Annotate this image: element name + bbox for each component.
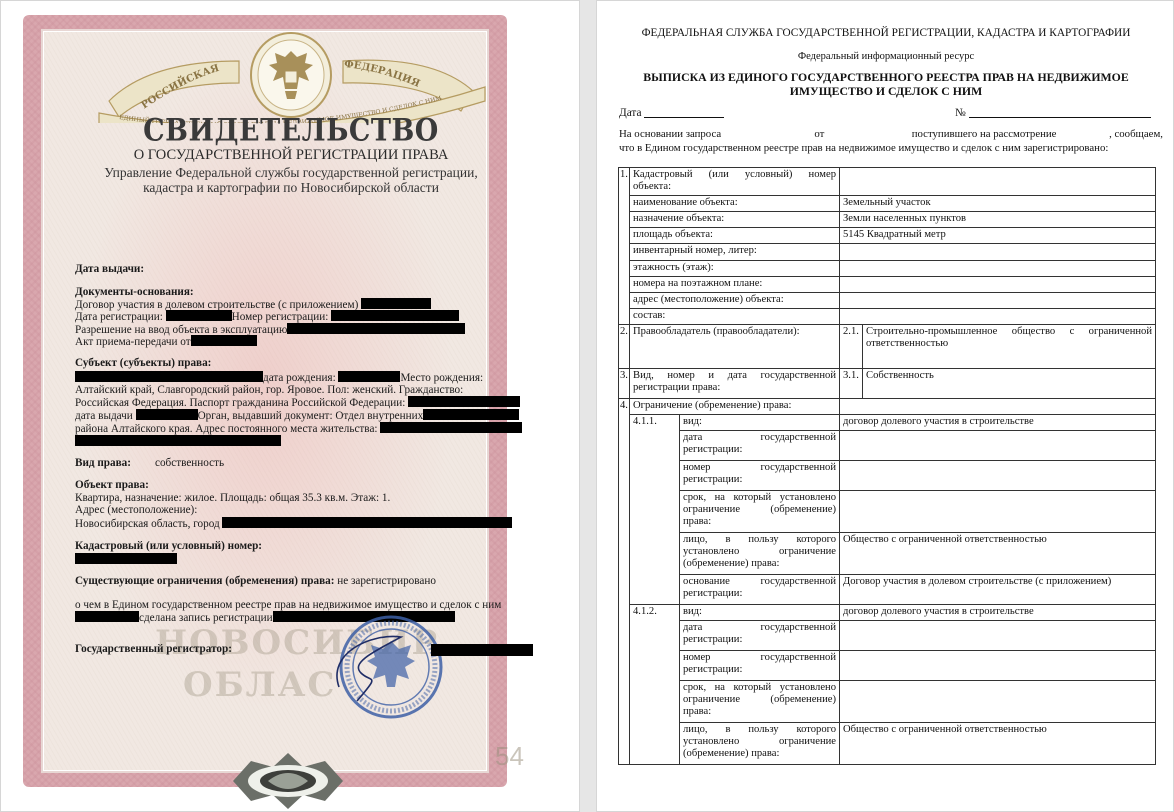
field-label: номера на поэтажном плане:: [630, 276, 840, 292]
field-value: Договор участия в долевом строительстве …: [840, 575, 1156, 605]
subject-line-5: района Алтайского края. Адрес постоянног…: [75, 422, 522, 435]
subject-line-3: Российская Федерация. Паспорт гражданина…: [75, 396, 520, 409]
field-value: Общество с ограниченной ответственностью: [840, 723, 1156, 765]
field-label: номер государственной регистрации:: [680, 651, 840, 681]
field-label: основание государственной регистрации:: [680, 575, 840, 605]
section-number: 4.: [619, 398, 630, 764]
field-value: [840, 244, 1156, 260]
extract-table: 1.Кадастровый (или условный) номер объек…: [618, 167, 1156, 765]
field-value: [840, 292, 1156, 308]
field-label: вид:: [680, 415, 840, 431]
field-value: 5145 Квадратный метр: [840, 228, 1156, 244]
field-label: дата государственной регистрации:: [680, 431, 840, 461]
table-row: срок, на который установлено ограничение…: [619, 681, 1156, 723]
transfer-act: Акт приема-передачи от: [75, 335, 257, 348]
field-label: вид:: [680, 605, 840, 621]
certificate-subtitle: О ГОСУДАРСТВЕННОЙ РЕГИСТРАЦИИ ПРАВА: [1, 147, 581, 164]
field-value: [840, 276, 1156, 292]
object-line-1: Квартира, назначение: жилое. Площадь: об…: [75, 492, 390, 504]
table-row: лицо, в пользу которого установлено огра…: [619, 723, 1156, 765]
field-label: адрес (местоположение) объекта:: [630, 292, 840, 308]
field-value: [840, 260, 1156, 276]
record-line-1: о чем в Едином государственном реестре п…: [75, 599, 501, 611]
field-value: [840, 431, 1156, 461]
field-label: назначение объекта:: [630, 212, 840, 228]
subsection-number: 4.1.2.: [630, 605, 680, 765]
table-row: наименование объекта:Земельный участок: [619, 196, 1156, 212]
extract-title: ВЫПИСКА ИЗ ЕДИНОГО ГОСУДАРСТВЕННОГО РЕЕС…: [597, 71, 1174, 98]
field-label: площадь объекта:: [630, 228, 840, 244]
section-number: 1.: [619, 168, 630, 325]
redacted-registrar-name: [431, 644, 533, 656]
cadastral-label: Кадастровый (или условный) номер:: [75, 540, 262, 552]
subject-line-4: дата выдачи Орган, выдавший документ: От…: [75, 409, 519, 422]
field-value: Строительно-промышленное общество с огра…: [863, 324, 1156, 368]
intro-paragraph: На основании запроса от поступившего на …: [619, 128, 1163, 155]
registrar-label: Государственный регистратор:: [75, 643, 232, 655]
object-line-3: Новосибирская область, город: [75, 517, 512, 530]
table-row: 4.Ограничение (обременение) права:: [619, 398, 1156, 414]
watermark-region-2: ОБЛАС: [183, 665, 337, 705]
field-label: состав:: [630, 308, 840, 324]
subsection-number: 4.1.1.: [630, 415, 680, 605]
subsection-number: 3.1.: [840, 368, 863, 398]
table-row: номер государственной регистрации:: [619, 651, 1156, 681]
table-row: 3.Вид, номер и дата государственной реги…: [619, 368, 1156, 398]
redacted-cadastral-number: [75, 553, 177, 564]
table-row: адрес (местоположение) объекта:: [619, 292, 1156, 308]
table-row: дата государственной регистрации:: [619, 621, 1156, 651]
field-value: [840, 168, 1156, 196]
table-row: инвентарный номер, литер:: [619, 244, 1156, 260]
table-row: 4.1.2.вид:договор долевого участия в стр…: [619, 605, 1156, 621]
field-value: Общество с ограниченной ответственностью: [840, 533, 1156, 575]
field-value: Собственность: [863, 368, 1156, 398]
issue-date-label: Дата выдачи:: [75, 263, 144, 275]
table-row: срок, на который установлено ограничение…: [619, 491, 1156, 533]
object-label: Объект права:: [75, 479, 149, 491]
field-label: дата государственной регистрации:: [680, 621, 840, 651]
certificate-title: СВИДЕТЕЛЬСТВО: [1, 113, 581, 149]
security-rosette-icon: [233, 753, 343, 809]
date-field: Дата: [619, 107, 724, 119]
table-row: площадь объекта:5145 Квадратный метр: [619, 228, 1156, 244]
agency-header: ФЕДЕРАЛЬНАЯ СЛУЖБА ГОСУДАРСТВЕННОЙ РЕГИС…: [597, 27, 1174, 39]
basis-docs-label: Документы-основания:: [75, 286, 194, 298]
object-line-2: Адрес (местоположение):: [75, 504, 197, 516]
subject-label: Субъект (субъекты) права:: [75, 357, 211, 369]
issuing-authority: Управление Федеральной службы государств…: [1, 165, 581, 195]
registration-info: Дата регистрации: Номер регистрации:: [75, 310, 459, 323]
field-value: [840, 461, 1156, 491]
official-stamp-icon: [331, 613, 443, 721]
subject-line-2: Алтайский край, Славгородский район, гор…: [75, 384, 463, 396]
field-value: [840, 651, 1156, 681]
resource-label: Федеральный информационный ресурс: [597, 51, 1174, 62]
field-label: инвентарный номер, литер:: [630, 244, 840, 260]
extract-page: ФЕДЕРАЛЬНАЯ СЛУЖБА ГОСУДАРСТВЕННОЙ РЕГИС…: [596, 0, 1174, 812]
number-field: №: [955, 107, 1151, 119]
table-row: назначение объекта:Земли населенных пунк…: [619, 212, 1156, 228]
region-code: 54: [495, 741, 524, 772]
field-label: Правообладатель (правообладатели):: [630, 324, 840, 368]
subject-line-1: дата рождения: Место рождения:: [75, 371, 483, 384]
table-row: 1.Кадастровый (или условный) номер объек…: [619, 168, 1156, 196]
field-label: срок, на который установлено ограничение…: [680, 681, 840, 723]
table-row: дата государственной регистрации:: [619, 431, 1156, 461]
field-value: договор долевого участия в строительстве: [840, 605, 1156, 621]
field-label: Кадастровый (или условный) номер объекта…: [630, 168, 840, 196]
certificate-page: РОССИЙСКАЯ ФЕДЕРАЦИЯ ЕДИНЫЙ ГОСУДАРСТВЕН…: [0, 0, 580, 812]
table-row: 2.Правообладатель (правообладатели):2.1.…: [619, 324, 1156, 368]
field-value: [840, 681, 1156, 723]
table-row: этажность (этаж):: [619, 260, 1156, 276]
field-value: [840, 308, 1156, 324]
field-label: лицо, в пользу которого установлено огра…: [680, 533, 840, 575]
field-value: договор долевого участия в строительстве: [840, 415, 1156, 431]
section-number: 2.: [619, 324, 630, 368]
field-value: Земли населенных пунктов: [840, 212, 1156, 228]
field-value: Земельный участок: [840, 196, 1156, 212]
right-type: Вид права:собственность: [75, 457, 224, 469]
field-value: [840, 398, 1156, 414]
coat-of-arms-banner: РОССИЙСКАЯ ФЕДЕРАЦИЯ ЕДИНЫЙ ГОСУДАРСТВЕН…: [89, 31, 493, 123]
field-label: лицо, в пользу которого установлено огра…: [680, 723, 840, 765]
field-label: этажность (этаж):: [630, 260, 840, 276]
field-label: наименование объекта:: [630, 196, 840, 212]
restrictions: Существующие ограничения (обременения) п…: [75, 575, 436, 587]
table-row: номера на поэтажном плане:: [619, 276, 1156, 292]
field-value: [840, 621, 1156, 651]
field-label: Вид, номер и дата государственной регист…: [630, 368, 840, 398]
field-label: номер государственной регистрации:: [680, 461, 840, 491]
table-row: 4.1.1.вид:договор долевого участия в стр…: [619, 415, 1156, 431]
table-row: номер государственной регистрации:: [619, 461, 1156, 491]
table-row: основание государственной регистрации:До…: [619, 575, 1156, 605]
section-number: 3.: [619, 368, 630, 398]
field-label: Ограничение (обременение) права:: [630, 398, 840, 414]
table-row: состав:: [619, 308, 1156, 324]
field-label: срок, на который установлено ограничение…: [680, 491, 840, 533]
table-row: лицо, в пользу которого установлено огра…: [619, 533, 1156, 575]
subsection-number: 2.1.: [840, 324, 863, 368]
redacted-address: [75, 435, 281, 446]
field-value: [840, 491, 1156, 533]
